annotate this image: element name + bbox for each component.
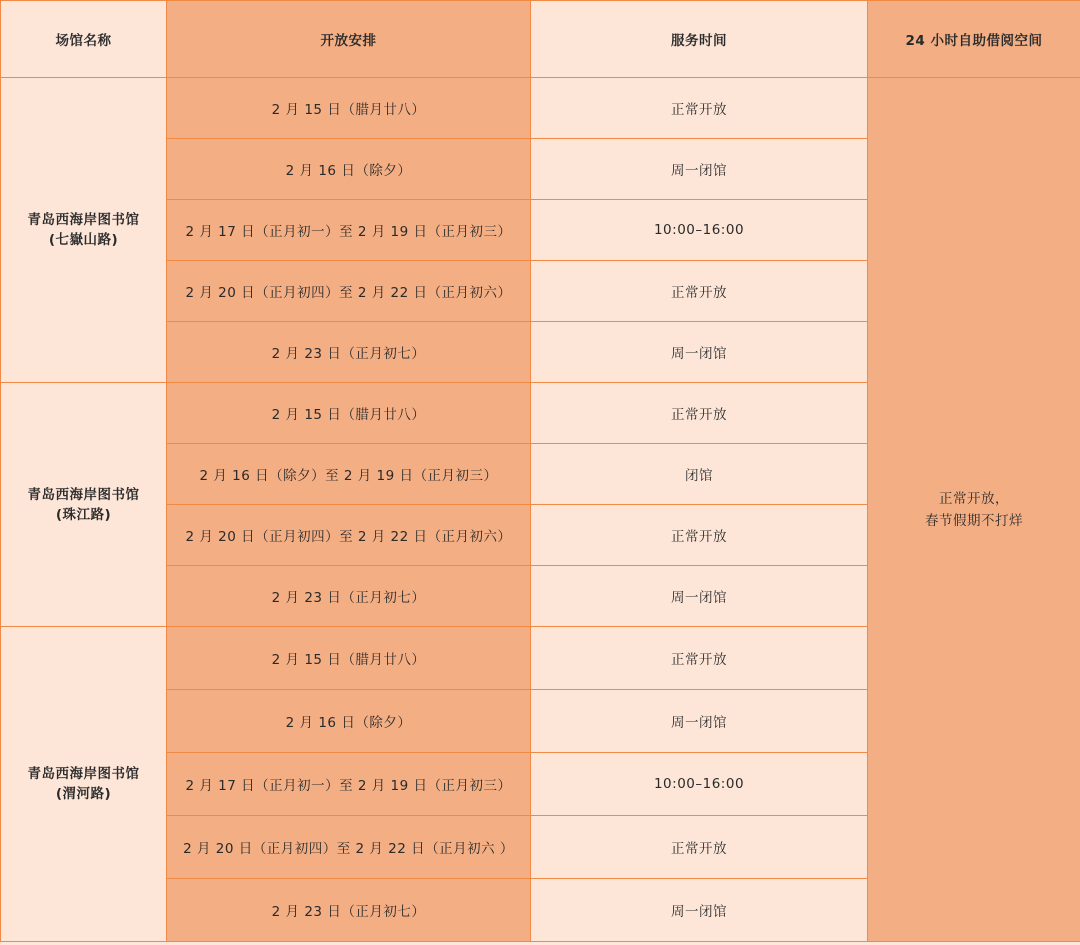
table-row: 青岛西海岸图书馆 (七嶽山路) 2 月 15 日（腊月廿八） 正常开放 正常开放… [1,78,1080,139]
schedule-cell: 2 月 15 日（腊月廿八） [167,78,531,139]
venue-cell-weihe: 青岛西海岸图书馆 (渭河路) [1,627,167,942]
service-cell: 周一闭馆 [531,690,868,753]
header-row: 场馆名称 开放安排 服务时间 24 小时自助借阅空间 [1,1,1080,78]
schedule-cell: 2 月 23 日（正月初七） [167,322,531,383]
schedule-cell: 2 月 15 日（腊月廿八） [167,627,531,690]
venue-name: 青岛西海岸图书馆 [28,766,140,782]
schedule-cell: 2 月 16 日（除夕）至 2 月 19 日（正月初三） [167,444,531,505]
service-cell: 周一闭馆 [531,322,868,383]
service-cell: 正常开放 [531,261,868,322]
schedule-cell: 2 月 20 日（正月初四）至 2 月 22 日（正月初六） [167,505,531,566]
service-cell: 闭馆 [531,444,868,505]
service-cell: 正常开放 [531,383,868,444]
self-service-note-line2: 春节假期不打烊 [925,513,1023,529]
self-service-note-line1: 正常开放， [939,491,1009,507]
header-service-hours: 服务时间 [531,1,868,78]
library-holiday-schedule-table: 场馆名称 开放安排 服务时间 24 小时自助借阅空间 青岛西海岸图书馆 (七嶽山… [0,0,1080,942]
schedule-cell: 2 月 15 日（腊月廿八） [167,383,531,444]
service-cell: 正常开放 [531,816,868,879]
service-cell: 周一闭馆 [531,139,868,200]
schedule-cell: 2 月 17 日（正月初一）至 2 月 19 日（正月初三） [167,753,531,816]
service-cell: 正常开放 [531,505,868,566]
venue-branch: (七嶽山路) [49,232,118,248]
venue-branch: (珠江路) [56,507,111,523]
schedule-cell: 2 月 23 日（正月初七） [167,879,531,942]
self-service-note-cell: 正常开放， 春节假期不打烊 [868,78,1080,942]
schedule-cell: 2 月 16 日（除夕） [167,690,531,753]
schedule-cell: 2 月 20 日（正月初四）至 2 月 22 日（正月初六） [167,261,531,322]
service-cell: 正常开放 [531,78,868,139]
schedule-cell: 2 月 23 日（正月初七） [167,566,531,627]
venue-name: 青岛西海岸图书馆 [28,487,140,503]
header-self-service-space: 24 小时自助借阅空间 [868,1,1080,78]
venue-cell-zhujiang: 青岛西海岸图书馆 (珠江路) [1,383,167,627]
schedule-cell: 2 月 16 日（除夕） [167,139,531,200]
service-cell: 周一闭馆 [531,566,868,627]
venue-cell-qiluoshan: 青岛西海岸图书馆 (七嶽山路) [1,78,167,383]
service-cell: 周一闭馆 [531,879,868,942]
header-venue: 场馆名称 [1,1,167,78]
service-cell: 正常开放 [531,627,868,690]
service-cell: 10:00–16:00 [531,200,868,261]
venue-branch: (渭河路) [56,786,111,802]
header-schedule: 开放安排 [167,1,531,78]
schedule-cell: 2 月 20 日（正月初四）至 2 月 22 日（正月初六 ） [167,816,531,879]
venue-name: 青岛西海岸图书馆 [28,212,140,228]
schedule-cell: 2 月 17 日（正月初一）至 2 月 19 日（正月初三） [167,200,531,261]
service-cell: 10:00–16:00 [531,753,868,816]
